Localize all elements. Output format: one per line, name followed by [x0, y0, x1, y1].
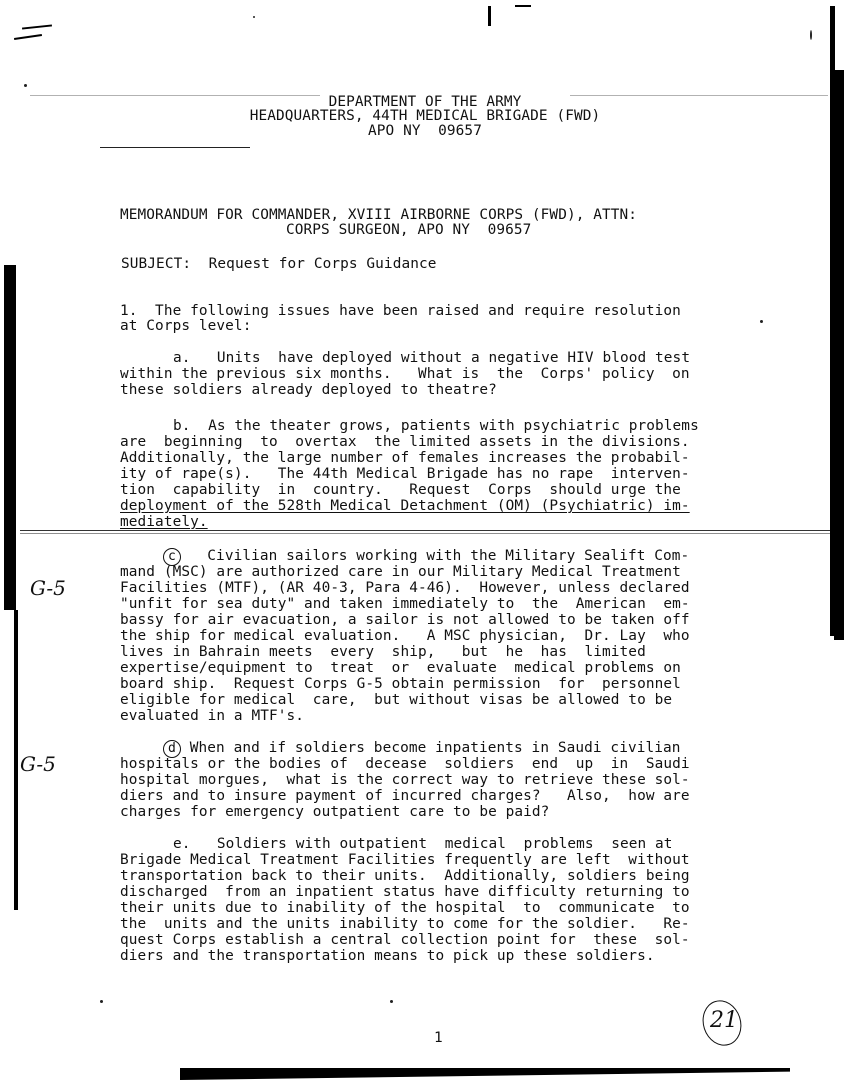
- letterhead-dots: [570, 95, 828, 96]
- letterhead-dots: [30, 95, 320, 96]
- subject-line: SUBJECT: Request for Corps Guidance: [121, 256, 437, 272]
- item-e-line: quest Corps establish a central collecti…: [120, 932, 690, 948]
- item-c-line: board ship. Request Corps G-5 obtain per…: [120, 676, 681, 692]
- headquarters-heading: HEADQUARTERS, 44TH MEDICAL BRIGADE (FWD): [0, 108, 850, 124]
- scan-speck: [100, 1000, 103, 1003]
- item-e-line: their units due to inability of the hosp…: [120, 900, 690, 916]
- item-c-line: the ship for medical evaluation. A MSC p…: [120, 628, 690, 644]
- item-b-first-line: b. As the theater grows, patients with p…: [173, 418, 699, 434]
- item-e-line: the units and the units inability to com…: [120, 916, 690, 932]
- scan-speck: [810, 30, 812, 40]
- item-c-line: Facilities (MTF), (AR 40-3, Para 4-46). …: [120, 580, 690, 596]
- pen-stroke: [14, 34, 42, 40]
- item-d-line: hospital morgues, what is the correct wa…: [120, 772, 690, 788]
- scan-divider-line: [20, 530, 830, 531]
- left-scan-border-thin: [14, 610, 18, 910]
- item-e-line: Brigade Medical Treatment Facilities fre…: [120, 852, 690, 868]
- scan-speck: [253, 16, 255, 18]
- scan-divider-line: [20, 533, 830, 534]
- margin-note-g5: G-5: [30, 576, 66, 600]
- item-c-line: expertise/equipment to treat or evaluate…: [120, 660, 681, 676]
- item-b-underlined-line: mediately.: [120, 514, 208, 530]
- pen-stroke: [488, 6, 491, 26]
- page-number: 1: [434, 1030, 443, 1046]
- item-e-label: e.: [173, 836, 191, 852]
- scan-speck: [760, 320, 763, 323]
- pen-stroke: [515, 5, 531, 7]
- item-b-line: are beginning to overtax the limited ass…: [120, 434, 690, 450]
- subject-label: SUBJECT:: [121, 256, 191, 272]
- paragraph-1-line: at Corps level:: [120, 318, 251, 334]
- scan-speck: [24, 84, 27, 87]
- item-a-first-line: a. Units have deployed without a negativ…: [173, 350, 690, 366]
- item-c-line: lives in Bahrain meets every ship, but h…: [120, 644, 646, 660]
- item-d-line: charges for emergency outpatient care to…: [120, 804, 549, 820]
- item-c-line: eligible for medical care, but without v…: [120, 692, 672, 708]
- paragraph-1-line: 1. The following issues have been raised…: [120, 303, 681, 319]
- item-b-line: Additionally, the large number of female…: [120, 450, 690, 466]
- item-a-label: a.: [173, 350, 191, 366]
- item-a-line: these soldiers already deployed to theat…: [120, 382, 497, 398]
- item-d-line: hospitals or the bodies of decease soldi…: [120, 756, 690, 772]
- bottom-scan-border: [180, 1068, 790, 1080]
- scan-speck: [390, 1000, 393, 1003]
- item-b-underlined-line: deployment of the 528th Medical Detachme…: [120, 498, 690, 514]
- item-b-label: b.: [173, 418, 191, 434]
- item-e-line: diers and the transportation means to pi…: [120, 948, 655, 964]
- circled-page-annotation: 21: [710, 1008, 738, 1033]
- memorandum-for: MEMORANDUM FOR COMMANDER, XVIII AIRBORNE…: [120, 207, 637, 223]
- apo-address: APO NY 09657: [0, 123, 850, 139]
- memo-page: DEPARTMENT OF THE ARMY HEADQUARTERS, 44T…: [0, 0, 850, 1087]
- item-e-line: discharged from an inpatient status have…: [120, 884, 690, 900]
- item-c-line: "unfit for sea duty" and taken immediate…: [120, 596, 690, 612]
- item-b-line: ity of rape(s). The 44th Medical Brigade…: [120, 466, 690, 482]
- left-scan-border: [4, 265, 16, 610]
- subject-text: Request for Corps Guidance: [209, 256, 437, 272]
- margin-note-g5: G-5: [20, 752, 56, 776]
- item-c-line: mand (MSC) are authorized care in our Mi…: [120, 564, 681, 580]
- item-c-line: evaluated in a MTF's.: [120, 708, 304, 724]
- memorandum-for-cont: CORPS SURGEON, APO NY 09657: [286, 222, 531, 238]
- item-a-line: within the previous six months. What is …: [120, 366, 690, 382]
- item-b-line: tion capability in country. Request Corp…: [120, 482, 681, 498]
- item-e-first-line: e. Soldiers with outpatient medical prob…: [173, 836, 673, 852]
- item-c-line: bassy for air evacuation, a sailor is no…: [120, 612, 690, 628]
- letterhead-rule: [100, 147, 250, 148]
- right-scan-border-thick: [834, 70, 844, 640]
- item-e-line: transportation back to their units. Addi…: [120, 868, 690, 884]
- item-d-line: diers and to insure payment of incurred …: [120, 788, 690, 804]
- pen-stroke: [22, 24, 52, 29]
